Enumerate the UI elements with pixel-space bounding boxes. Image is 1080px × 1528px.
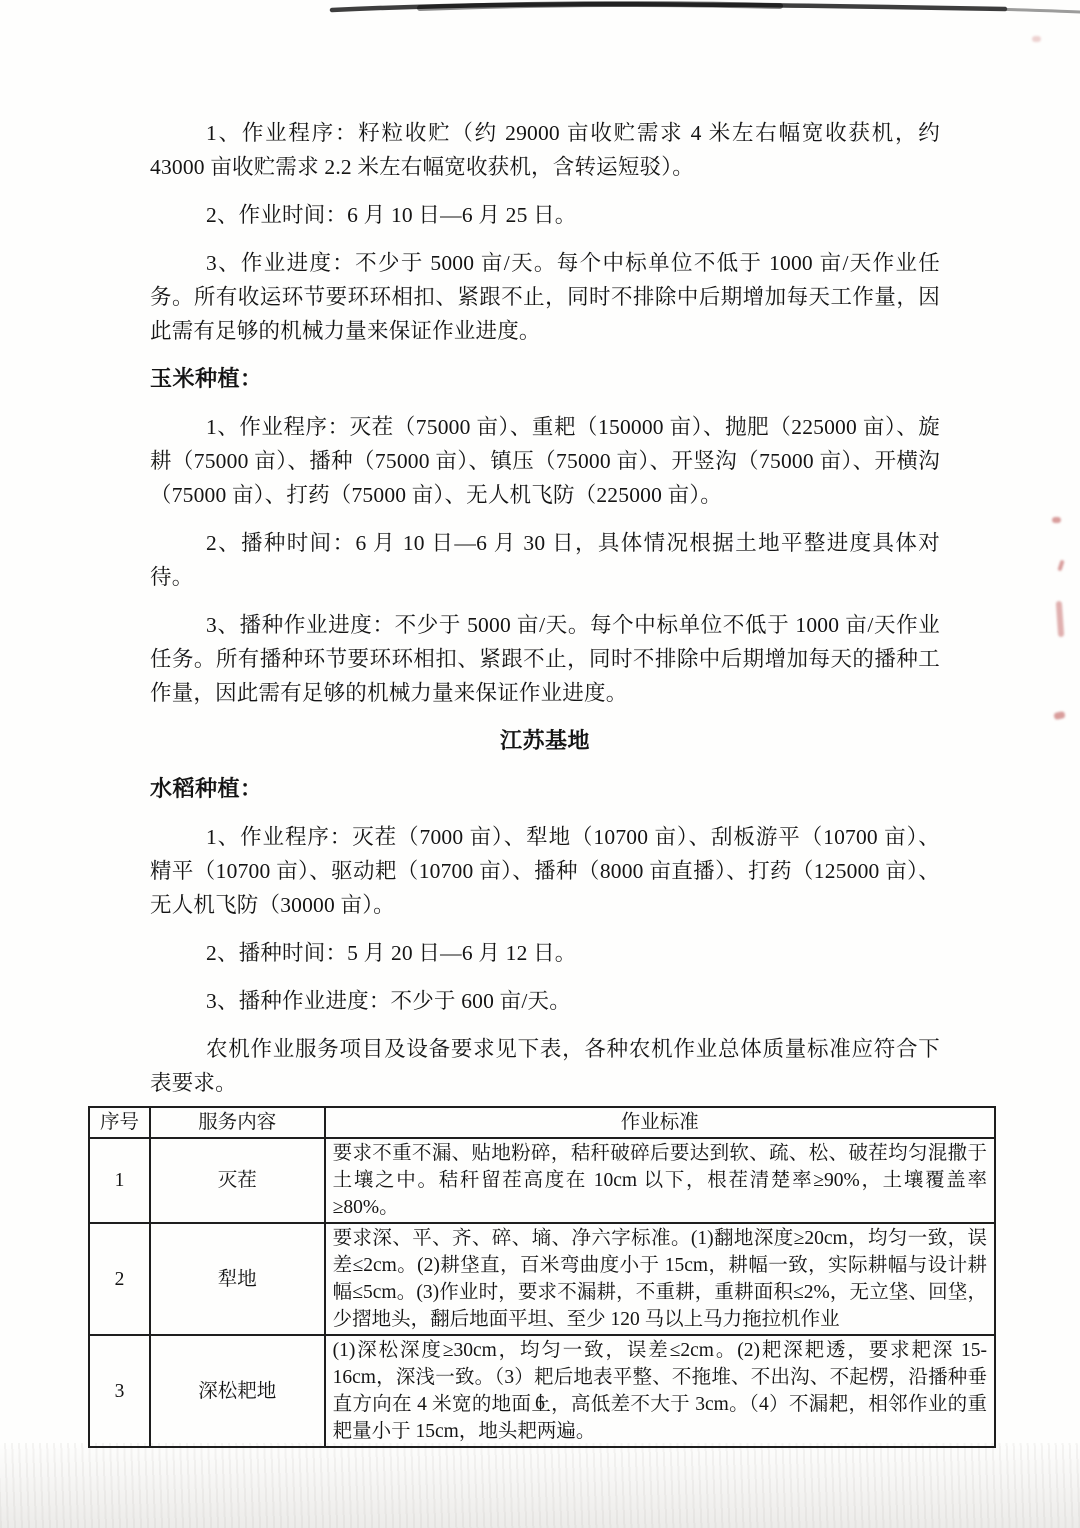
paragraph-corn-seeding-time: 2、播种时间：6 月 10 日—6 月 30 日，具体情况根据土地平整进度具体对… (150, 526, 940, 594)
paragraph-rice-procedure: 1、作业程序：灭茬（7000 亩）、犁地（10700 亩）、刮板游平（10700… (150, 820, 940, 922)
paragraph-table-intro: 农机作业服务项目及设备要求见下表，各种农机作业总体质量标准应符合下表要求。 (150, 1032, 940, 1100)
paragraph-harvest-procedure: 1、作业程序：籽粒收贮（约 29000 亩收贮需求 4 米左右幅宽收获机，约 4… (150, 116, 940, 184)
paragraph-rice-seeding-time: 2、播种时间：5 月 20 日—6 月 12 日。 (150, 936, 940, 970)
paragraph-rice-seeding-progress: 3、播种作业进度：不少于 600 亩/天。 (150, 984, 940, 1018)
paragraph-harvest-progress: 3、作业进度：不少于 5000 亩/天。每个中标单位不低于 1000 亩/天作业… (150, 246, 940, 348)
scan-artifact-bottom-noise (0, 1443, 1080, 1528)
red-ink-mark (1056, 601, 1064, 637)
paragraph-harvest-time: 2、作业时间：6 月 10 日—6 月 25 日。 (150, 198, 940, 232)
red-ink-mark (1032, 36, 1041, 42)
scan-artifact-top-line (0, 0, 1080, 22)
cell-row-no: 1 (89, 1138, 150, 1223)
heading-jiangsu-base: 江苏基地 (150, 724, 940, 758)
cell-service-name: 灭茬 (150, 1138, 325, 1223)
paragraph-corn-procedure: 1、作业程序：灭茬（75000 亩）、重耙（150000 亩）、抛肥（22500… (150, 410, 940, 512)
red-ink-mark (1052, 517, 1061, 523)
cell-standard-text: (1)深松深度≥30cm，均匀一致，误差≤2cm。(2)耙深耙透，要求耙深 15… (325, 1335, 995, 1447)
cell-service-name: 深松耙地 (150, 1335, 325, 1447)
document-page: 1、作业程序：籽粒收贮（约 29000 亩收贮需求 4 米左右幅宽收获机，约 4… (0, 0, 1080, 1528)
page-number: 6 (0, 1392, 1080, 1415)
cell-standard-text: 要求不重不漏、贴地粉碎，秸秆破碎后要达到软、疏、松、破茬均匀混撒于土壤之中。秸秆… (325, 1138, 995, 1223)
table-header-row: 序号 服务内容 作业标准 (89, 1107, 995, 1138)
cell-standard-text: 要求深、平、齐、碎、墒、净六字标准。(1)翻地深度≥20cm，均匀一致，误差≤2… (325, 1223, 995, 1335)
red-ink-mark (1057, 560, 1064, 572)
table-row: 2 犁地 要求深、平、齐、碎、墒、净六字标准。(1)翻地深度≥20cm，均匀一致… (89, 1223, 995, 1335)
document-body: 1、作业程序：籽粒收贮（约 29000 亩收贮需求 4 米左右幅宽收获机，约 4… (150, 116, 940, 1114)
column-header-standard: 作业标准 (325, 1107, 995, 1138)
cell-row-no: 3 (89, 1335, 150, 1447)
column-header-service: 服务内容 (150, 1107, 325, 1138)
column-header-no: 序号 (89, 1107, 150, 1138)
table-row: 3 深松耙地 (1)深松深度≥30cm，均匀一致，误差≤2cm。(2)耙深耙透，… (89, 1335, 995, 1447)
paragraph-corn-seeding-progress: 3、播种作业进度：不少于 5000 亩/天。每个中标单位不低于 1000 亩/天… (150, 608, 940, 710)
cell-service-name: 犁地 (150, 1223, 325, 1335)
cell-row-no: 2 (89, 1223, 150, 1335)
heading-rice-planting: 水稻种植： (150, 772, 940, 806)
red-ink-mark (1053, 711, 1065, 720)
table-row: 1 灭茬 要求不重不漏、贴地粉碎，秸秆破碎后要达到软、疏、松、破茬均匀混撒于土壤… (89, 1138, 995, 1223)
heading-corn-planting: 玉米种植： (150, 362, 940, 396)
